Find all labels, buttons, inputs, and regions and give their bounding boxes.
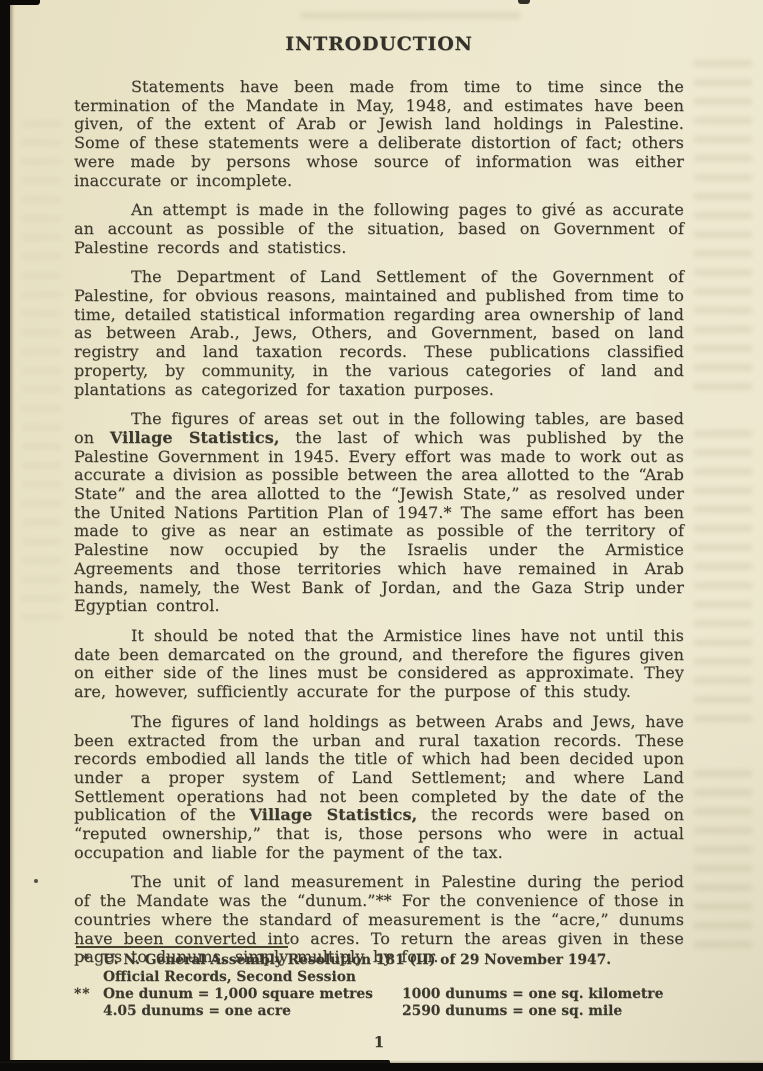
footnote-un-resolution: * U. N. General Assembly Resolution 181 … [74,952,685,986]
footnote-dunum-conversion: ** One dunum = 1,000 square metres 4.05 … [74,986,685,1020]
text-run: Statements have been made from time to t… [74,77,684,190]
scan-edge-top-left-corner [0,0,40,5]
paragraphs: Statements have been made from time to t… [74,78,684,967]
footnote-line: One dunum = 1,000 square metres [103,986,373,1002]
page-body: INTRODUCTION Statements have been made f… [74,26,684,978]
paragraph: An attempt is made in the following page… [74,201,684,257]
paragraph: The figures of areas set out in the foll… [74,410,684,616]
showthrough-ghosting [694,430,752,730]
text-run: The Department of Land Settlement of the… [74,267,684,398]
scan-edge-left [0,0,10,1071]
text-run: It should be noted that the Armistice li… [74,626,684,701]
page-title: INTRODUCTION [74,33,684,55]
paragraph: The Department of Land Settlement of the… [74,268,684,399]
footnote-section: * U. N. General Assembly Resolution 181 … [74,946,685,1051]
footnote-line: 4.05 dunums = one acre [103,1003,291,1019]
text-run: An attempt is made in the following page… [74,200,684,256]
footnote-line: 1000 dunums = one sq. kilometre [402,986,663,1002]
showthrough-ghosting [22,120,62,620]
footnote-line: U. N. General Assembly Resolution 181 (I… [103,952,611,968]
paragraph: Statements have been made from time to t… [74,78,684,190]
conversion-column-left: One dunum = 1,000 square metres 4.05 dun… [103,986,402,1020]
text-run: the last of which was published by the P… [74,428,684,615]
scan-speck [34,879,38,883]
footnote-text: One dunum = 1,000 square metres 4.05 dun… [103,986,685,1020]
showthrough-ghosting [300,12,520,26]
showthrough-ghosting [694,60,752,390]
footnote-marker-single-asterisk: * [74,952,103,969]
page-number: 1 [74,1034,685,1051]
conversion-column-right: 1000 dunums = one sq. kilometre 2590 dun… [402,986,685,1020]
scan-edge-bottom [0,1063,763,1071]
bold-text-run: Village Statistics, [250,805,418,824]
scan-smudge-top [518,0,530,4]
footnote-line: Official Records, Second Session [103,969,356,985]
paragraph: The figures of land holdings as between … [74,713,684,863]
footnote-marker-double-asterisk: ** [74,986,103,1003]
paragraph: It should be noted that the Armistice li… [74,627,684,702]
bold-text-run: Village Statistics, [110,428,280,447]
footnote-text: U. N. General Assembly Resolution 181 (I… [103,952,685,986]
footnote-line: 2590 dunums = one sq. mile [402,1003,622,1019]
scanned-document-page: INTRODUCTION Statements have been made f… [0,0,763,1071]
showthrough-ghosting [694,770,752,950]
footnote-rule [76,946,288,948]
